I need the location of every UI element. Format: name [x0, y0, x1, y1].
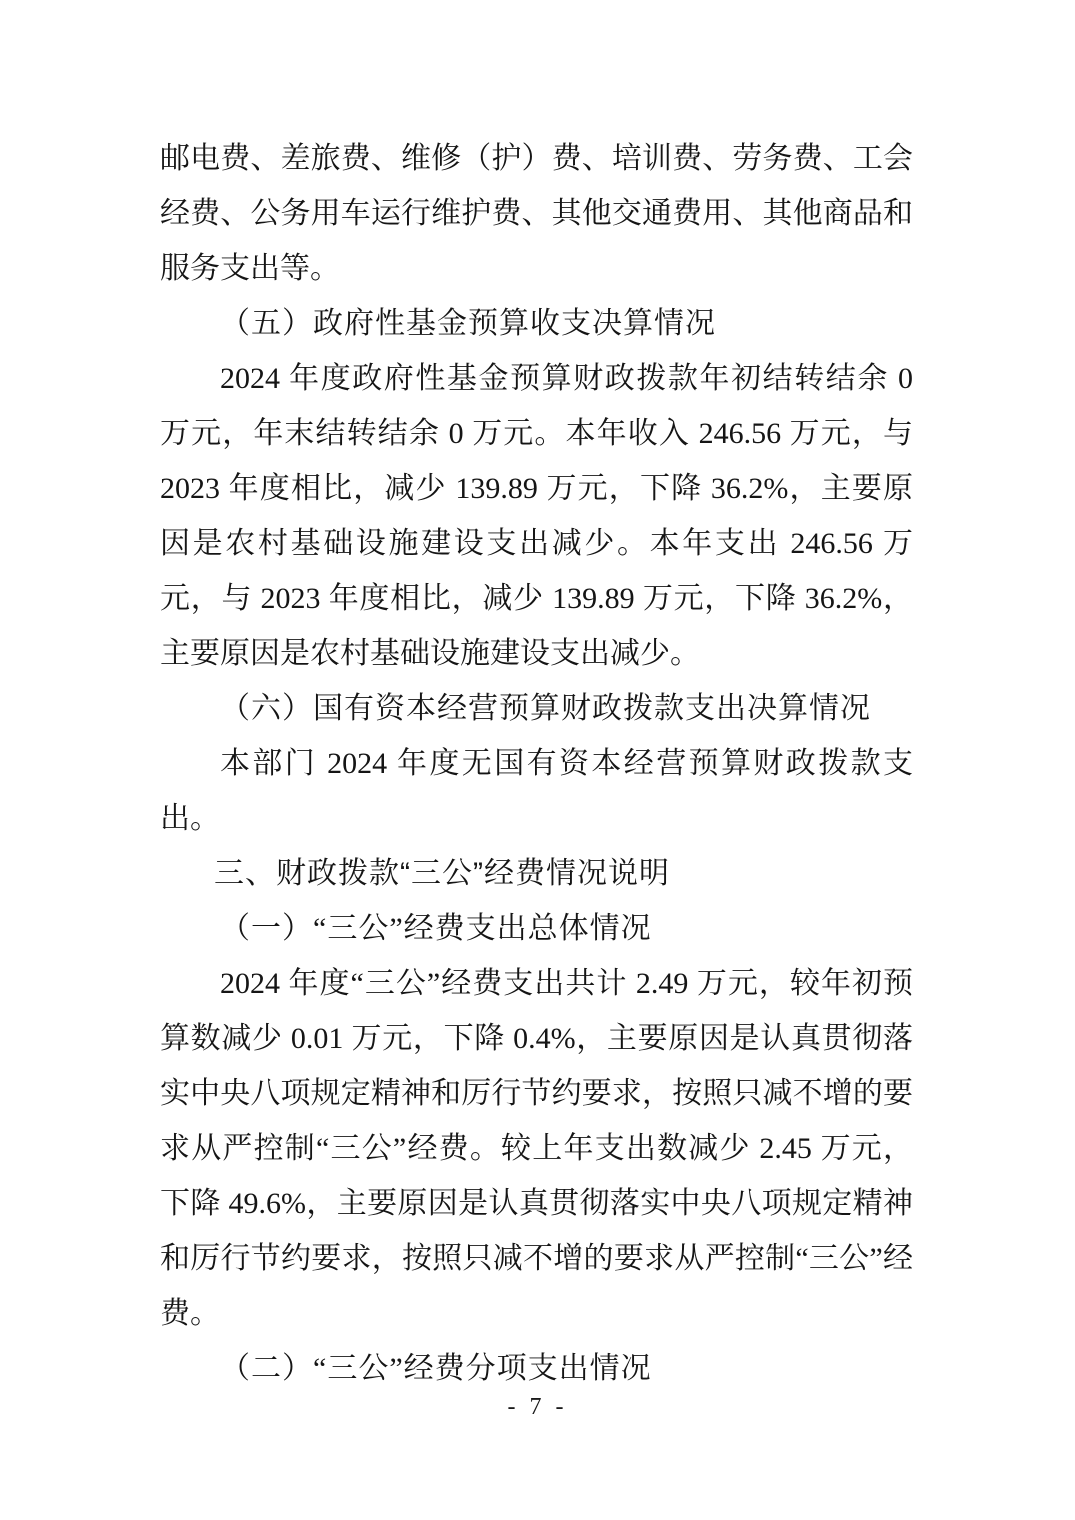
paragraph-expense-items: 邮电费、差旅费、维修（护）费、培训费、劳务费、工会经费、公务用车运行维护费、其他…	[160, 131, 913, 296]
section-heading-5: （五）政府性基金预算收支决算情况	[160, 296, 913, 351]
paragraph-state-capital: 本部门 2024 年度无国有资本经营预算财政拨款支出。	[160, 736, 913, 846]
section-heading-6: （六）国有资本经营预算财政拨款支出决算情况	[160, 681, 913, 736]
chapter-heading-3: 三、财政拨款“三公”经费情况说明	[160, 846, 913, 901]
page-number: - 7 -	[0, 1392, 1075, 1422]
document-page: 邮电费、差旅费、维修（护）费、培训费、劳务费、工会经费、公务用车运行维护费、其他…	[0, 0, 1075, 1520]
paragraph-three-public-overview: 2024 年度“三公”经费支出共计 2.49 万元，较年初预算数减少 0.01 …	[160, 956, 913, 1341]
section-heading-1: （一）“三公”经费支出总体情况	[160, 901, 913, 956]
document-body: 邮电费、差旅费、维修（护）费、培训费、劳务费、工会经费、公务用车运行维护费、其他…	[160, 131, 913, 1396]
paragraph-gov-fund-budget: 2024 年度政府性基金预算财政拨款年初结转结余 0 万元，年末结转结余 0 万…	[160, 351, 913, 681]
section-heading-2: （二）“三公”经费分项支出情况	[160, 1341, 913, 1396]
